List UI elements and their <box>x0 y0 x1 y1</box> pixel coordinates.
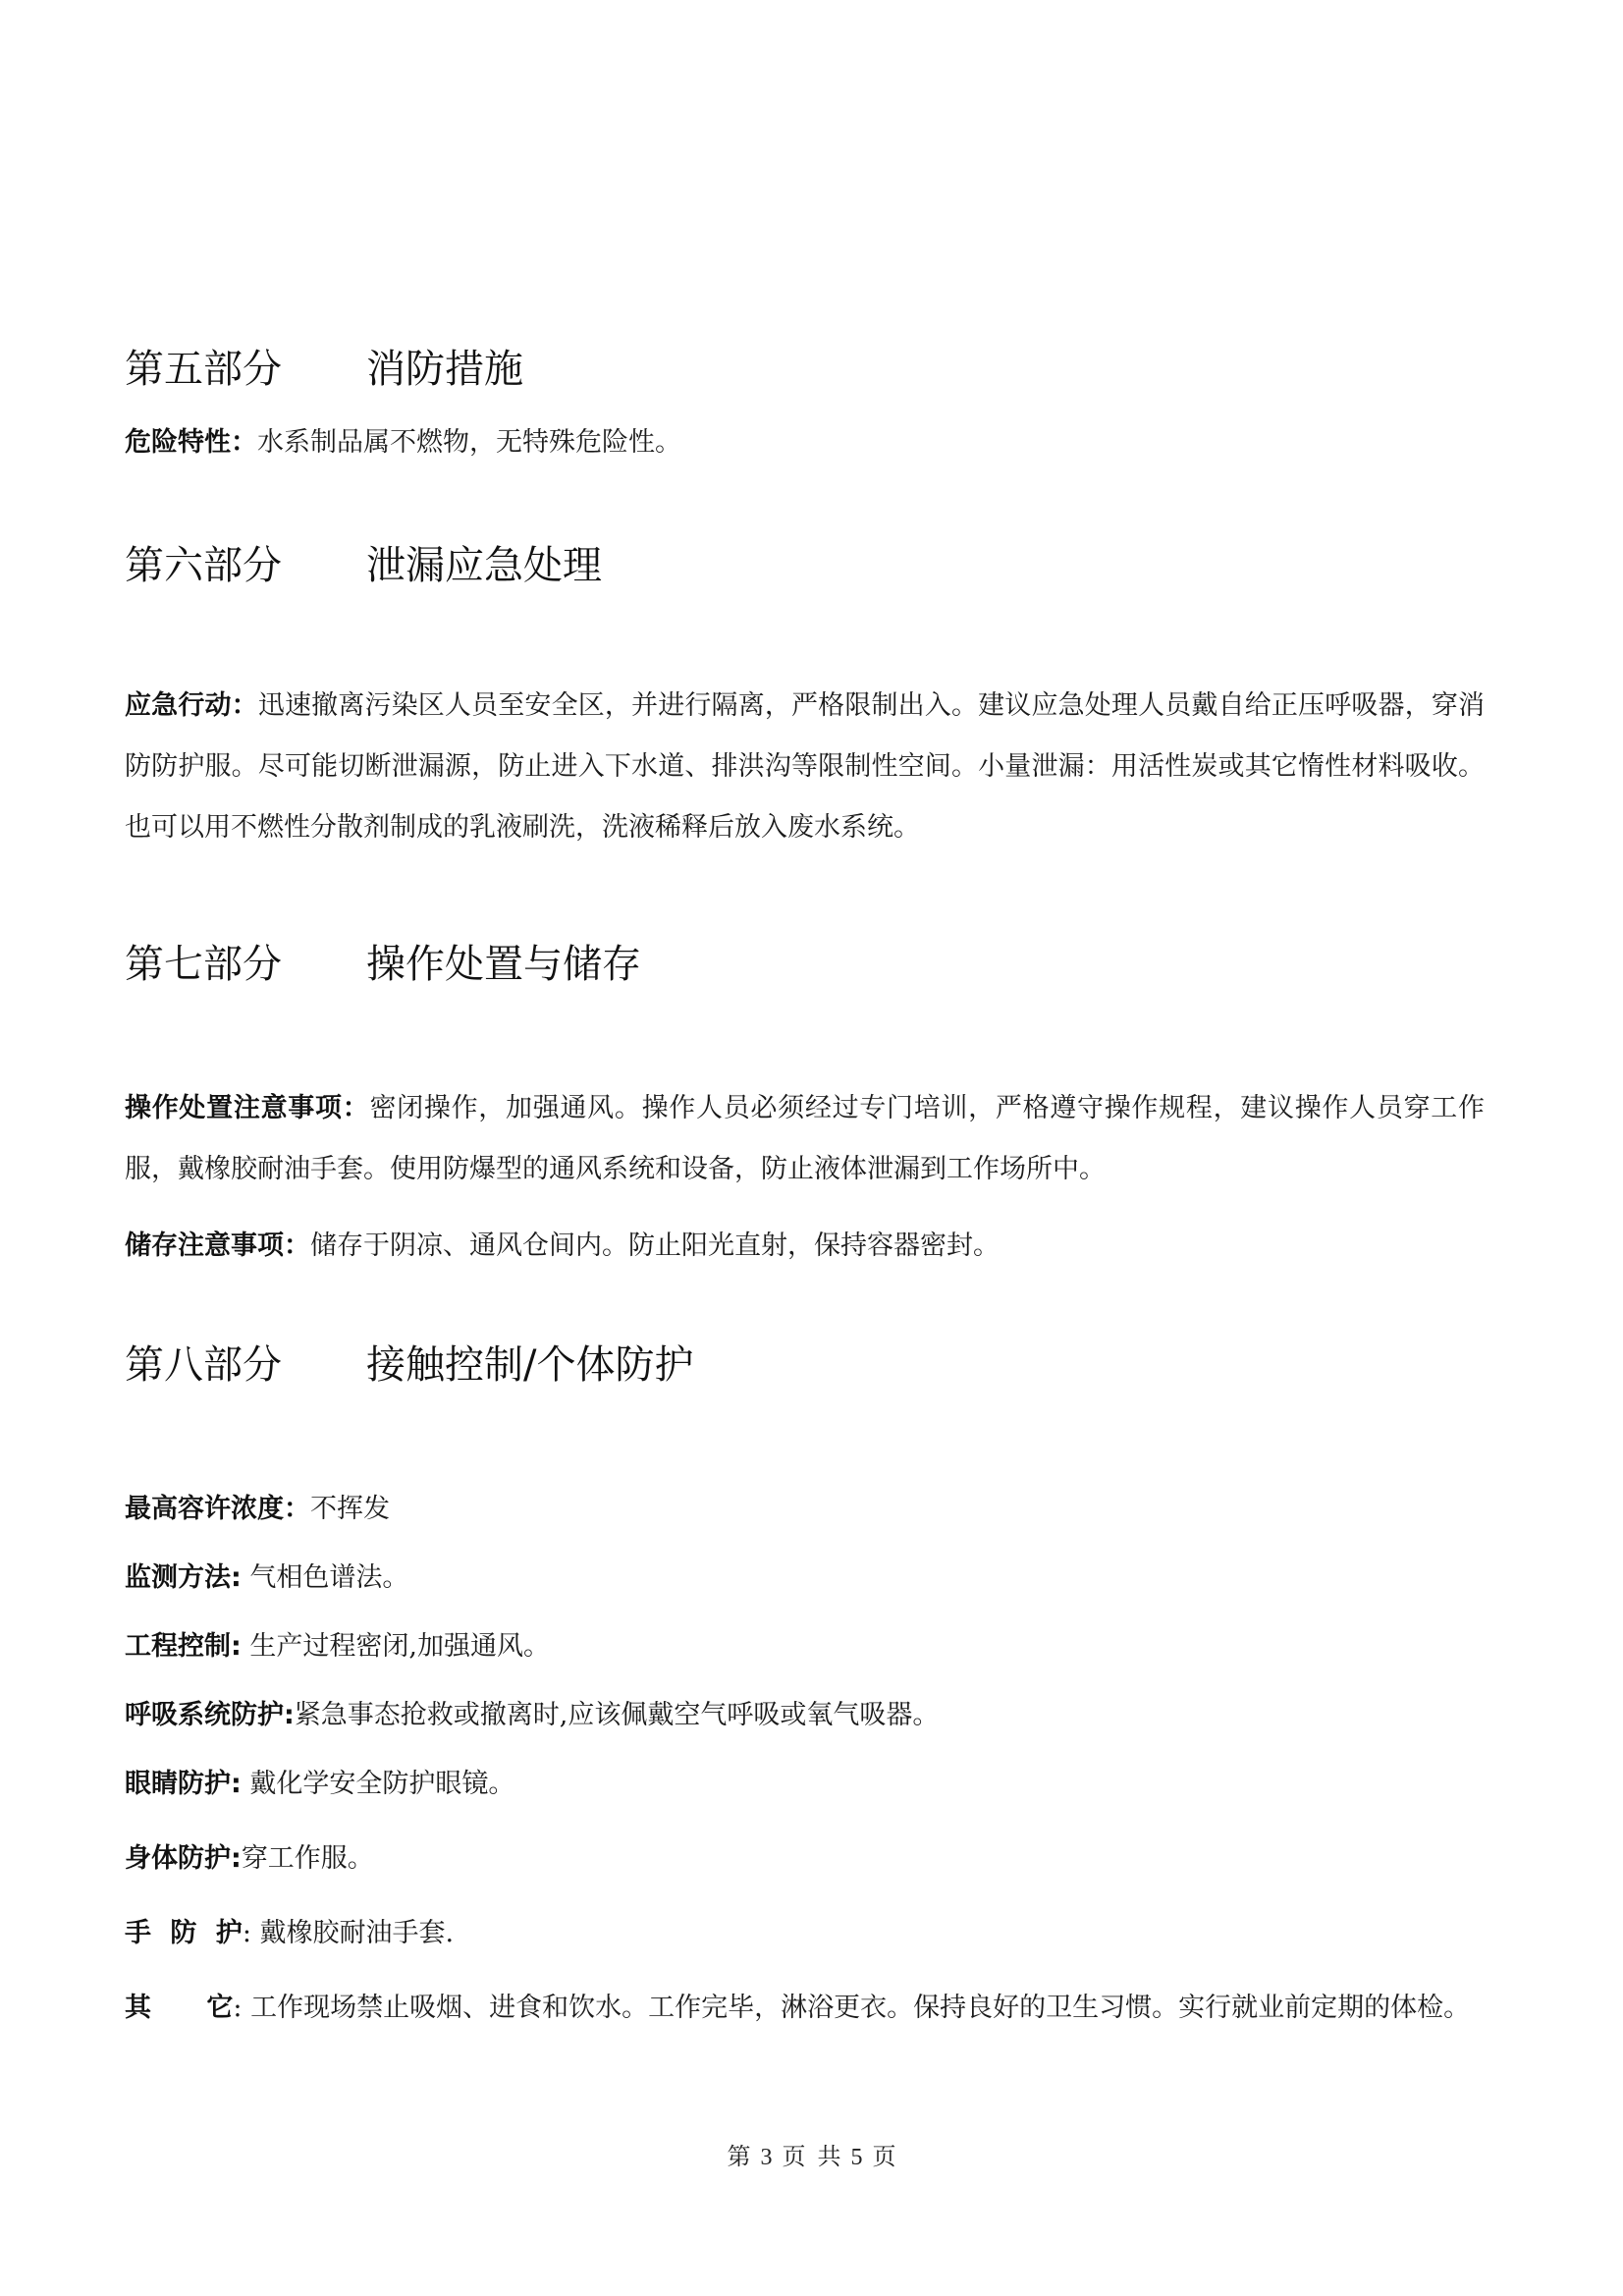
field-label: 身体防护: <box>125 1843 242 1874</box>
current-page-number: 3 <box>761 2145 773 2170</box>
field-label: 工程控制: <box>125 1631 242 1662</box>
footer-prefix: 第 <box>728 2145 751 2170</box>
field-value: 不挥发 <box>310 1494 390 1524</box>
paragraph-hand-protection: 手 防 护: 戴橡胶耐油手套. <box>125 1903 1485 1964</box>
footer-middle: 页 共 <box>783 2145 841 2170</box>
section-title: 操作处置与储存 <box>366 942 641 987</box>
footer-suffix: 页 <box>873 2145 896 2170</box>
paragraph-max-concentration: 最高容许浓度：不挥发 <box>125 1479 1485 1540</box>
field-value: 迅速撤离污染区人员至安全区，并进行隔离，严格限制出入。建议应急处理人员戴自给正压… <box>125 690 1485 843</box>
paragraph-engineering-control: 工程控制: 生产过程密闭,加强通风。 <box>125 1616 1485 1677</box>
document-page: 第五部分消防措施 危险特性：水系制品属不燃物，无特殊危险性。 第六部分泄漏应急处… <box>0 0 1623 2296</box>
paragraph-emergency-action: 应急行动：迅速撤离污染区人员至安全区，并进行隔离，严格限制出入。建议应急处理人员… <box>125 676 1485 858</box>
field-value: : 戴橡胶耐油手套. <box>243 1918 454 1948</box>
section-title: 接触控制/个体防护 <box>366 1342 693 1388</box>
paragraph-monitoring-method: 监测方法: 气相色谱法。 <box>125 1548 1485 1609</box>
field-label: 储存注意事项： <box>125 1230 310 1261</box>
paragraph-fire-hazard: 危险特性：水系制品属不燃物，无特殊危险性。 <box>125 412 1485 473</box>
field-value: 水系制品属不燃物，无特殊危险性。 <box>257 427 681 458</box>
field-value: 储存于阴凉、通风仓间内。防止阳光直射，保持容器密封。 <box>310 1230 1000 1261</box>
field-value: 紧急事态抢救或撤离时,应该佩戴空气呼吸或氧气吸器。 <box>295 1700 940 1730</box>
section-title: 泄漏应急处理 <box>366 543 602 588</box>
field-value: 生产过程密闭,加强通风。 <box>242 1631 550 1662</box>
section-heading-7: 第七部分操作处置与储存 <box>125 941 641 988</box>
field-value: 穿工作服。 <box>242 1843 374 1874</box>
field-value: : 工作现场禁止吸烟、进食和饮水。工作完毕，淋浴更衣。保持良好的卫生习惯。实行就… <box>233 1993 1470 2023</box>
section-title: 消防措施 <box>366 347 523 392</box>
section-number: 第五部分 <box>125 346 366 393</box>
field-label: 其 它 <box>125 1993 233 2023</box>
field-label: 最高容许浓度： <box>125 1494 310 1524</box>
field-label: 眼睛防护: <box>125 1769 242 1799</box>
paragraph-body-protection: 身体防护:穿工作服。 <box>125 1829 1485 1889</box>
field-value: 戴化学安全防护眼镜。 <box>242 1769 515 1799</box>
field-label: 操作处置注意事项： <box>125 1093 369 1123</box>
paragraph-respiratory-protection: 呼吸系统防护:紧急事态抢救或撤离时,应该佩戴空气呼吸或氧气吸器。 <box>125 1685 1485 1746</box>
section-heading-8: 第八部分接触控制/个体防护 <box>125 1341 693 1389</box>
field-label: 呼吸系统防护: <box>125 1700 295 1730</box>
section-heading-5: 第五部分消防措施 <box>125 346 523 393</box>
section-heading-6: 第六部分泄漏应急处理 <box>125 542 602 589</box>
field-label: 手 防 护 <box>125 1918 243 1948</box>
total-pages-number: 5 <box>851 2145 863 2170</box>
section-number: 第七部分 <box>125 941 366 988</box>
field-label: 监测方法: <box>125 1562 242 1593</box>
field-value: 气相色谱法。 <box>242 1562 409 1593</box>
paragraph-storage-precautions: 储存注意事项：储存于阴凉、通风仓间内。防止阳光直射，保持容器密封。 <box>125 1216 1485 1277</box>
page-footer: 第3页 共5页 <box>0 2137 1623 2171</box>
paragraph-other: 其 它: 工作现场禁止吸烟、进食和饮水。工作完毕，淋浴更衣。保持良好的卫生习惯。… <box>125 1978 1485 2039</box>
paragraph-handling-precautions: 操作处置注意事项：密闭操作，加强通风。操作人员必须经过专门培训，严格遵守操作规程… <box>125 1078 1485 1200</box>
paragraph-eye-protection: 眼睛防护: 戴化学安全防护眼镜。 <box>125 1754 1485 1815</box>
field-label: 危险特性： <box>125 427 257 458</box>
field-label: 应急行动： <box>125 690 258 721</box>
section-number: 第六部分 <box>125 542 366 589</box>
section-number: 第八部分 <box>125 1341 366 1389</box>
